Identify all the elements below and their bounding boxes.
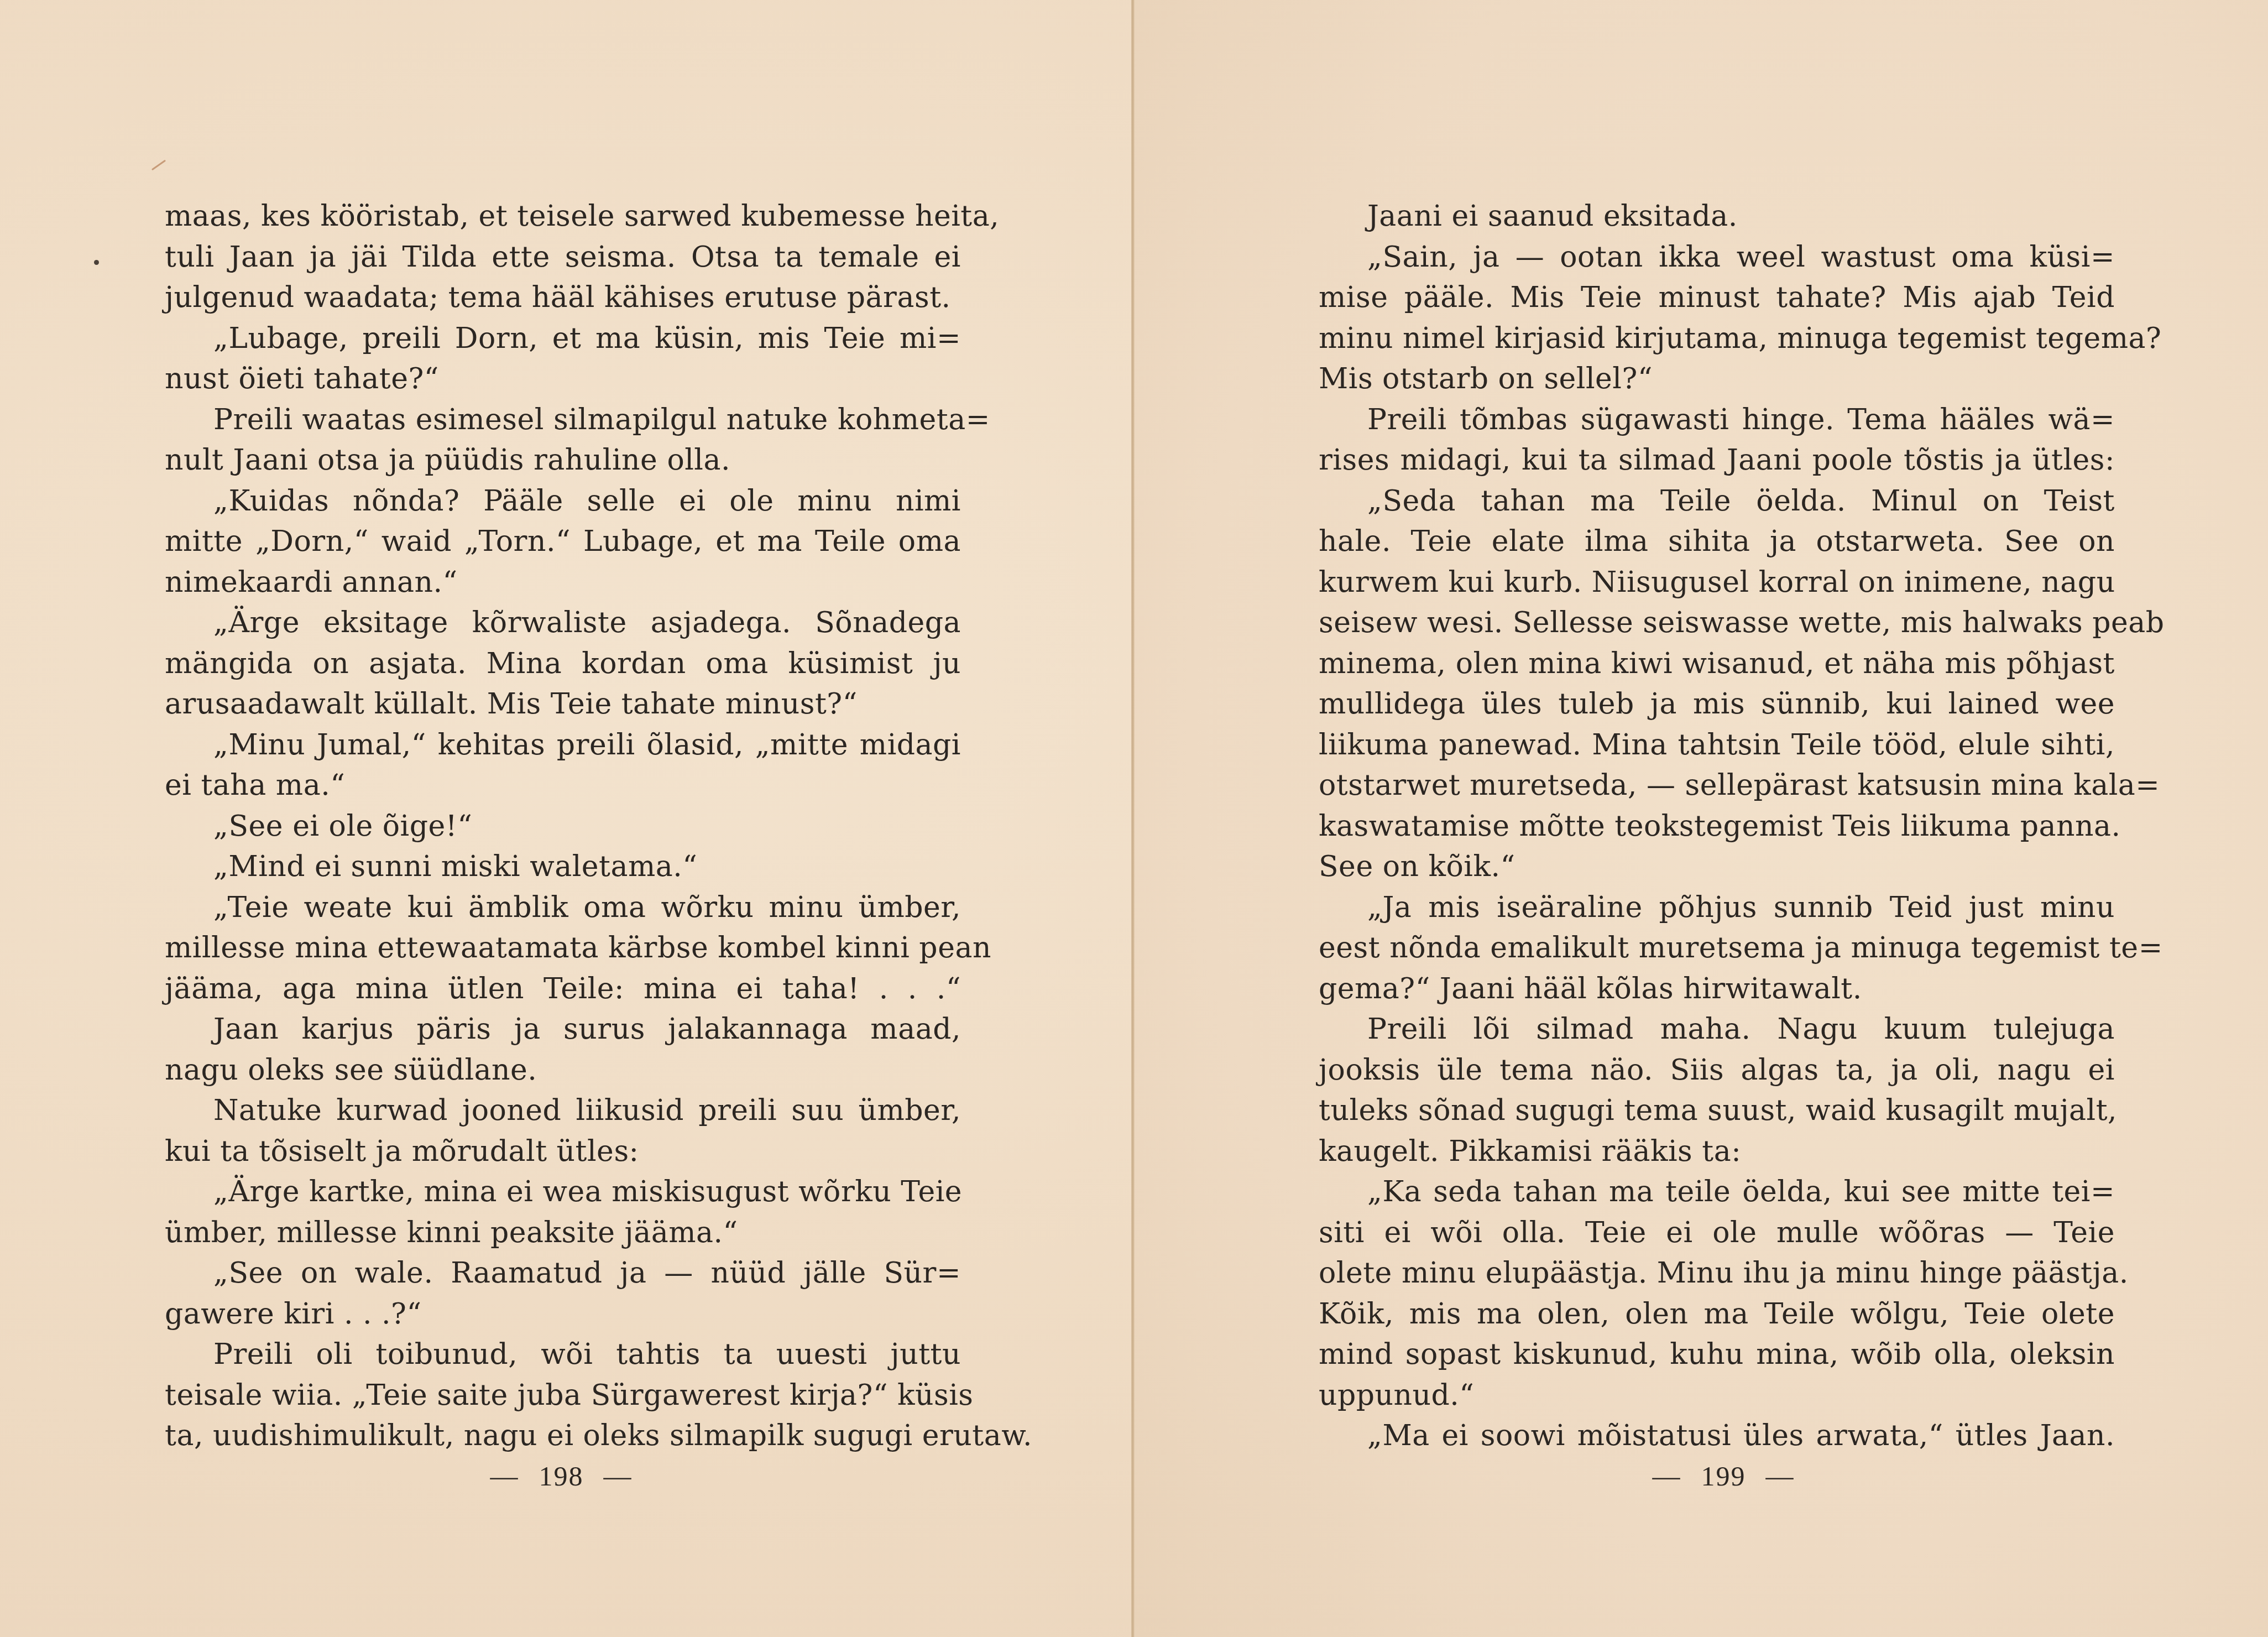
text-line: kaugelt. Pikkamisi rääkis ta: bbox=[1319, 1132, 2115, 1172]
left-page-number: —198— bbox=[451, 1460, 672, 1492]
text-line: Preili tõmbas sügawasti hinge. Tema hääl… bbox=[1319, 400, 2115, 441]
text-line: nust öieti tahate?“ bbox=[165, 359, 961, 400]
text-line: uppunud.“ bbox=[1319, 1375, 2115, 1416]
text-line: Jaani ei saanud eksitada. bbox=[1319, 196, 2115, 237]
page-number-dash: — bbox=[1653, 1460, 1681, 1492]
page-number-value: 198 bbox=[539, 1461, 584, 1492]
text-line: ta, uudishimulikult, nagu ei oleks silma… bbox=[165, 1416, 961, 1457]
text-line: jääma, aga mina ütlen Teile: mina ei tah… bbox=[165, 969, 961, 1010]
text-line: millesse mina ettewaatamata kärbse kombe… bbox=[165, 928, 961, 969]
text-line: gawere kiri . . .?“ bbox=[165, 1294, 961, 1335]
text-line: gema?“ Jaani hääl kõlas hirwitawalt. bbox=[1319, 969, 2115, 1010]
text-line: ei taha ma.“ bbox=[165, 765, 961, 806]
text-line: „Kuidas nõnda? Pääle selle ei ole minu n… bbox=[165, 481, 961, 522]
text-line: arusaadawalt küllalt. Mis Teie tahate mi… bbox=[165, 684, 961, 725]
text-line: nult Jaani otsa ja püüdis rahuline olla. bbox=[165, 440, 961, 481]
text-line: mitte „Dorn,“ waid „Torn.“ Lubage, et ma… bbox=[165, 522, 961, 562]
paper-scratch bbox=[151, 160, 166, 171]
text-line: See on kõik.“ bbox=[1319, 847, 2115, 888]
text-line: maas, kes kööristab, et teisele sarwed k… bbox=[165, 196, 961, 237]
page-number-dash: — bbox=[604, 1460, 633, 1492]
text-line: hale. Teie elate ilma sihita ja otstarwe… bbox=[1319, 522, 2115, 562]
text-line: teisale wiia. „Teie saite juba Sürgawere… bbox=[165, 1375, 961, 1416]
text-line: liikuma panewad. Mina tahtsin Teile tööd… bbox=[1319, 725, 2115, 766]
left-page-text: maas, kes kööristab, et teisele sarwed k… bbox=[165, 196, 961, 1457]
text-line: Kõik, mis ma olen, olen ma Teile wõlgu, … bbox=[1319, 1294, 2115, 1335]
text-line: ümber, millesse kinni peaksite jääma.“ bbox=[165, 1213, 961, 1254]
text-line: „Ja mis iseäraline põhjus sunnib Teid ju… bbox=[1319, 888, 2115, 929]
text-line: „Minu Jumal,“ kehitas preili õlasid, „mi… bbox=[165, 725, 961, 766]
text-line: „Lubage, preili Dorn, et ma küsin, mis T… bbox=[165, 319, 961, 359]
text-line: nagu oleks see süüdlane. bbox=[165, 1050, 961, 1091]
text-line: Jaan karjus päris ja surus jalakannaga m… bbox=[165, 1009, 961, 1050]
book-spread: maas, kes kööristab, et teisele sarwed k… bbox=[0, 0, 2268, 1637]
text-line: kurwem kui kurb. Niisugusel korral on in… bbox=[1319, 562, 2115, 603]
text-line: „Ka seda tahan ma teile öelda, kui see m… bbox=[1319, 1172, 2115, 1213]
text-line: tuleks sõnad sugugi tema suust, waid kus… bbox=[1319, 1091, 2115, 1132]
text-line: Natuke kurwad jooned liikusid preili suu… bbox=[165, 1091, 961, 1132]
text-line: „Ärge eksitage kõrwaliste asjadega. Sõna… bbox=[165, 603, 961, 644]
text-line: Preili oli toibunud, wõi tahtis ta uuest… bbox=[165, 1334, 961, 1375]
page-number-dash: — bbox=[1766, 1460, 1795, 1492]
text-line: „Mind ei sunni miski waletama.“ bbox=[165, 847, 961, 888]
text-line: eest nõnda emalikult muretsema ja minuga… bbox=[1319, 928, 2115, 969]
text-line: „Ärge kartke, mina ei wea miskisugust wõ… bbox=[165, 1172, 961, 1213]
text-line: seisew wesi. Sellesse seiswasse wette, m… bbox=[1319, 603, 2115, 644]
text-line: jooksis üle tema näo. Siis algas ta, ja … bbox=[1319, 1050, 2115, 1091]
text-line: mise pääle. Mis Teie minust tahate? Mis … bbox=[1319, 278, 2115, 319]
text-line: olete minu elupäästja. Minu ihu ja minu … bbox=[1319, 1253, 2115, 1294]
text-line: kui ta tõsiselt ja mõrudalt ütles: bbox=[165, 1132, 961, 1172]
text-line: „Seda tahan ma Teile öelda. Minul on Tei… bbox=[1319, 481, 2115, 522]
text-line: otstarwet muretseda, — sellepärast katsu… bbox=[1319, 765, 2115, 806]
text-line: „Sain, ja — ootan ikka weel wastust oma … bbox=[1319, 237, 2115, 278]
text-line: minu nimel kirjasid kirjutama, minuga te… bbox=[1319, 319, 2115, 359]
text-line: Preili waatas esimesel silmapilgul natuk… bbox=[165, 400, 961, 441]
page-number-value: 199 bbox=[1701, 1461, 1746, 1492]
right-page: Jaani ei saanud eksitada.„Sain, ja — oot… bbox=[1135, 0, 2268, 1637]
right-page-text: Jaani ei saanud eksitada.„Sain, ja — oot… bbox=[1319, 196, 2115, 1457]
text-line: „Teie weate kui ämblik oma wõrku minu üm… bbox=[165, 888, 961, 929]
text-line: „See ei ole õige!“ bbox=[165, 806, 961, 847]
text-line: mullidega üles tuleb ja mis sünnib, kui … bbox=[1319, 684, 2115, 725]
text-line: mängida on asjata. Mina kordan oma küsim… bbox=[165, 644, 961, 685]
left-page: maas, kes kööristab, et teisele sarwed k… bbox=[0, 0, 1133, 1637]
text-line: Mis otstarb on sellel?“ bbox=[1319, 359, 2115, 400]
text-line: kaswatamise mõtte teokstegemist Teis lii… bbox=[1319, 806, 2115, 847]
ink-dot bbox=[94, 260, 99, 265]
text-line: nimekaardi annan.“ bbox=[165, 562, 961, 603]
text-line: rises midagi, kui ta silmad Jaani poole … bbox=[1319, 440, 2115, 481]
text-line: julgenud waadata; tema hääl kähises erut… bbox=[165, 278, 961, 319]
text-line: „See on wale. Raamatud ja — nüüd jälle S… bbox=[165, 1253, 961, 1294]
right-page-number: —199— bbox=[1613, 1460, 1834, 1492]
text-line: „Ma ei soowi mõistatusi üles arwata,“ üt… bbox=[1319, 1416, 2115, 1457]
text-line: tuli Jaan ja jäi Tilda ette seisma. Otsa… bbox=[165, 237, 961, 278]
page-number-dash: — bbox=[490, 1460, 519, 1492]
text-line: siti ei wõi olla. Teie ei ole mulle wõõr… bbox=[1319, 1213, 2115, 1254]
text-line: mind sopast kiskunud, kuhu mina, wõib ol… bbox=[1319, 1334, 2115, 1375]
text-line: Preili lõi silmad maha. Nagu kuum tuleju… bbox=[1319, 1009, 2115, 1050]
text-line: minema, olen mina kiwi wisanud, et näha … bbox=[1319, 644, 2115, 685]
